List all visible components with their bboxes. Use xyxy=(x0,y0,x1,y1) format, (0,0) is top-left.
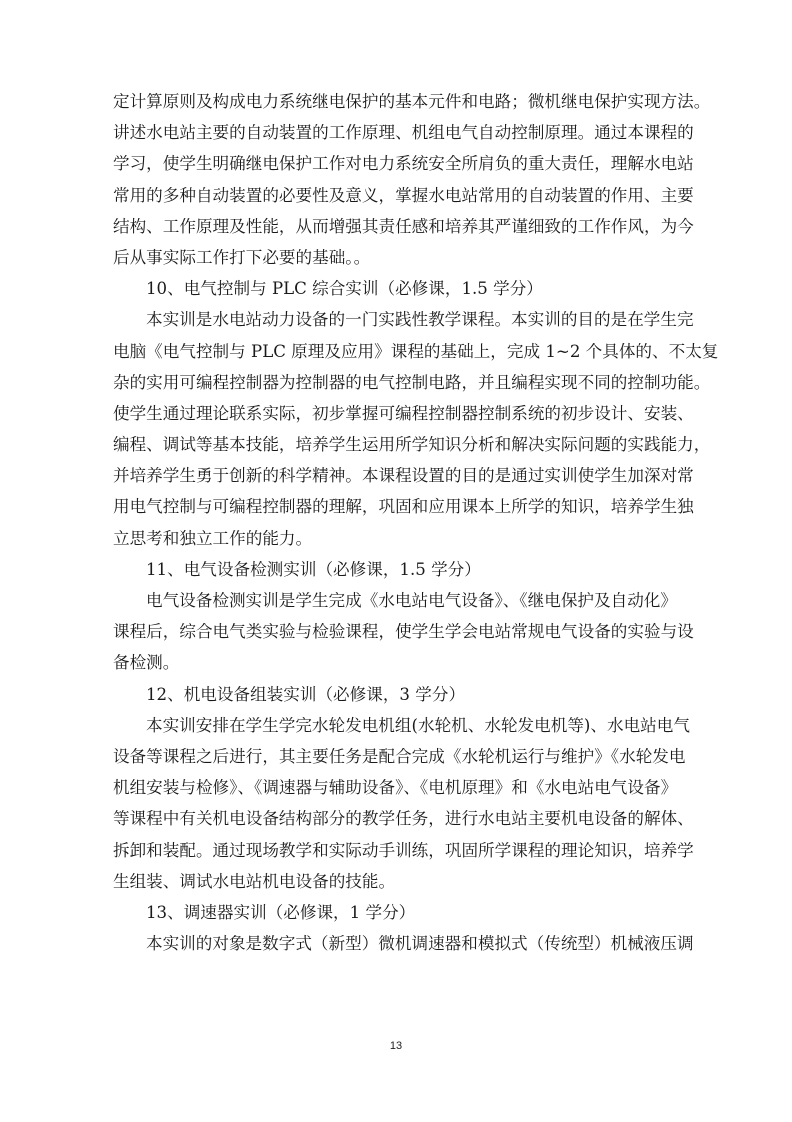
section-heading-12: 12、机电设备组装实训（必修课，3 学分） xyxy=(113,679,685,710)
section-heading-10: 10、电气控制与 PLC 综合实训（必修课，1.5 学分） xyxy=(113,273,685,304)
text-line: 设备等课程之后进行，其主要任务是配合完成《水轮机运行与维护》《水轮发电 xyxy=(113,741,685,772)
text-line: 使学生通过理论联系实际，初步掌握可编程控制器控制系统的初步设计、安装、 xyxy=(113,398,685,429)
text-line: 本实训安排在学生学完水轮发电机组(水轮机、水轮发电机等)、水电站电气 xyxy=(113,710,685,741)
text-line: 学习，使学生明确继电保护工作对电力系统安全所肩负的重大责任，理解水电站 xyxy=(113,148,685,179)
text-line: 用电气控制与可编程控制器的理解，巩固和应用课本上所学的知识，培养学生独 xyxy=(113,491,685,522)
text-line: 并培养学生勇于创新的科学精神。本课程设置的目的是通过实训使学生加深对常 xyxy=(113,460,685,491)
text-line: 杂的实用可编程控制器为控制器的电气控制电路，并且编程实现不同的控制功能。 xyxy=(113,367,685,398)
text-line: 等课程中有关机电设备结构部分的教学任务，进行水电站主要机电设备的解体、 xyxy=(113,803,685,834)
text-line: 结构、工作原理及性能，从而增强其责任感和培养其严谨细致的工作作风，为今 xyxy=(113,211,685,242)
section-heading-11: 11、电气设备检测实训（必修课，1.5 学分） xyxy=(113,554,685,585)
text-line: 电气设备检测实训是学生完成《水电站电气设备》、《继电保护及自动化》 xyxy=(113,585,685,616)
text-line: 常用的多种自动装置的必要性及意义，掌握水电站常用的自动装置的作用、主要 xyxy=(113,180,685,211)
text-line: 机组安装与检修》、《调速器与辅助设备》、《电机原理》和《水电站电气设备》 xyxy=(113,772,685,803)
text-line: 讲述水电站主要的自动装置的工作原理、机组电气自动控制原理。通过本课程的 xyxy=(113,117,685,148)
page-number: 13 xyxy=(0,1040,792,1052)
text-line: 后从事实际工作打下必要的基础。。 xyxy=(113,242,685,273)
text-line: 本实训的对象是数字式（新型）微机调速器和模拟式（传统型）机械液压调 xyxy=(113,928,685,959)
text-line: 立思考和独立工作的能力。 xyxy=(113,523,685,554)
document-body: 定计算原则及构成电力系统继电保护的基本元件和电路；微机继电保护实现方法。 讲述水… xyxy=(113,86,685,959)
text-line: 定计算原则及构成电力系统继电保护的基本元件和电路；微机继电保护实现方法。 xyxy=(113,86,685,117)
text-line: 电脑《电气控制与 PLC 原理及应用》课程的基础上，完成 1~2 个具体的、不太… xyxy=(113,336,685,367)
document-page: 定计算原则及构成电力系统继电保护的基本元件和电路；微机继电保护实现方法。 讲述水… xyxy=(0,0,792,1122)
text-line: 拆卸和装配。通过现场教学和实际动手训练，巩固所学课程的理论知识，培养学 xyxy=(113,835,685,866)
text-line: 本实训是水电站动力设备的一门实践性教学课程。本实训的目的是在学生完 xyxy=(113,304,685,335)
text-line: 编程、调试等基本技能，培养学生运用所学知识分析和解决实际问题的实践能力， xyxy=(113,429,685,460)
text-line: 课程后，综合电气类实验与检验课程，使学生学会电站常规电气设备的实验与设 xyxy=(113,616,685,647)
text-line: 生组装、调试水电站机电设备的技能。 xyxy=(113,866,685,897)
text-line: 备检测。 xyxy=(113,647,685,678)
section-heading-13: 13、调速器实训（必修课，1 学分） xyxy=(113,897,685,928)
